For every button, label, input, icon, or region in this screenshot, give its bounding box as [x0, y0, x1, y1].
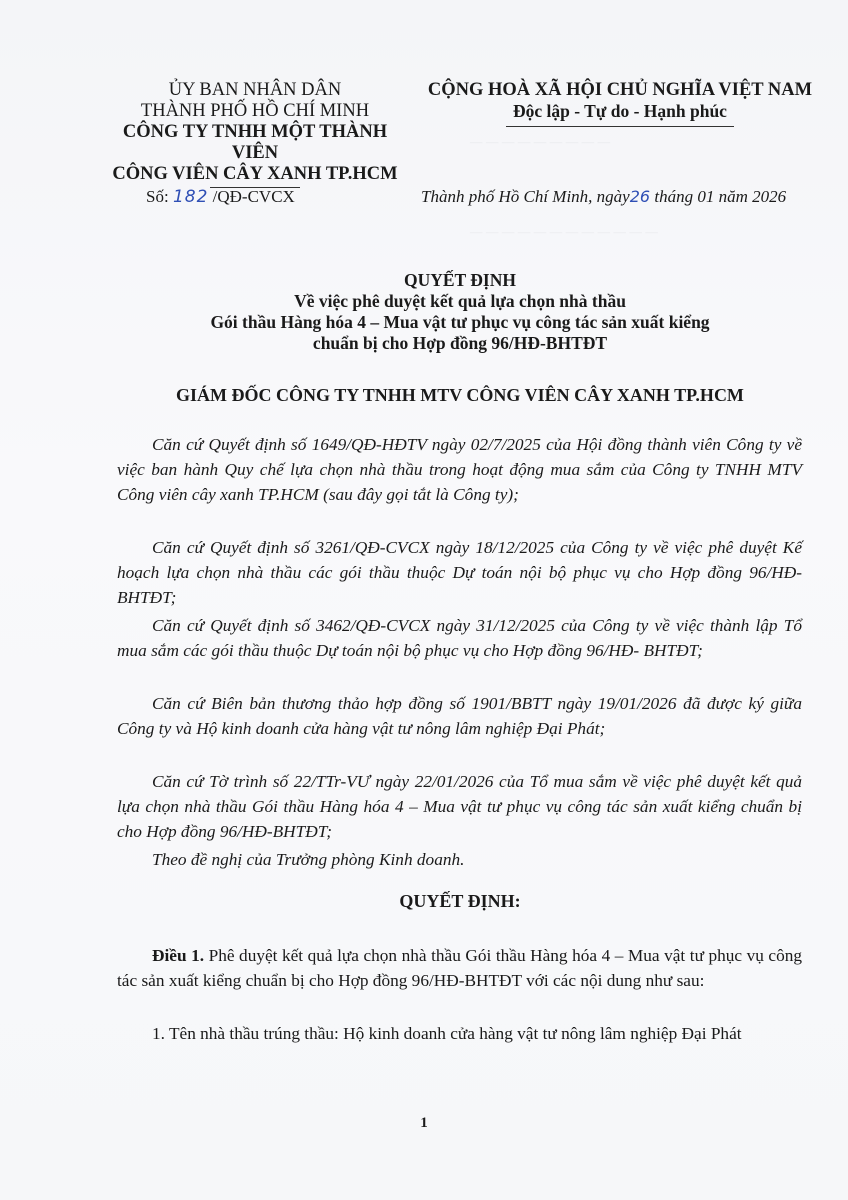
document-page: — — — — — — — — — — — — — — — — — — — — … — [0, 0, 848, 1200]
issuing-authority: GIÁM ĐỐC CÔNG TY TNHH MTV CÔNG VIÊN CÂY … — [100, 384, 820, 406]
preamble-paragraph: Căn cứ Tờ trình số 22/TTr-VƯ ngày 22/01/… — [117, 769, 802, 844]
bleed-through-mark: — — — — — — — — — — — — — [470, 225, 658, 241]
preamble-paragraph: Căn cứ Quyết định số 1649/QĐ-HĐTV ngày 0… — [117, 432, 802, 507]
issuer-line-2: THÀNH PHỐ HỒ CHÍ MINH — [100, 101, 410, 122]
place-date-suffix: tháng 01 năm 2026 — [650, 187, 786, 206]
article-1-label: Điều 1. — [152, 946, 204, 965]
preamble-text: Căn cứ Quyết định số 1649/QĐ-HĐTV ngày 0… — [117, 432, 802, 507]
preamble-paragraph: Căn cứ Quyết định số 3462/QĐ-CVCX ngày 3… — [117, 613, 802, 663]
preamble-text: Theo đề nghị của Trưởng phòng Kinh doanh… — [117, 847, 802, 872]
place-date-prefix: Thành phố Hồ Chí Minh, ngày — [421, 187, 630, 206]
handwritten-number: 182 — [173, 187, 208, 207]
document-number-suffix: /QĐ-CVCX — [208, 187, 294, 206]
preamble-paragraph: Căn cứ Biên bản thương thảo hợp đồng số … — [117, 691, 802, 741]
page-number: 1 — [400, 1115, 448, 1132]
motto-underline — [506, 126, 734, 127]
article-1-text: Phê duyệt kết quả lựa chọn nhà thầu Gói … — [117, 946, 802, 990]
place-date: Thành phố Hồ Chí Minh, ngày26 tháng 01 n… — [421, 186, 786, 208]
document-number: Số: 182 /QĐ-CVCX — [146, 186, 295, 208]
decision-heading: QUYẾT ĐỊNH: — [100, 890, 820, 912]
decision-subject-line-1: Về việc phê duyệt kết quả lựa chọn nhà t… — [100, 291, 820, 312]
issuer-line-3: CÔNG TY TNHH MỘT THÀNH VIÊN — [100, 122, 410, 164]
preamble-paragraph: Căn cứ Quyết định số 3261/QĐ-CVCX ngày 1… — [117, 535, 802, 610]
article-1: Điều 1. Phê duyệt kết quả lựa chọn nhà t… — [117, 943, 802, 993]
preamble-text: Căn cứ Biên bản thương thảo hợp đồng số … — [117, 691, 802, 741]
decision-title-block: QUYẾT ĐỊNH Về việc phê duyệt kết quả lựa… — [100, 270, 820, 354]
preamble-text: Căn cứ Quyết định số 3261/QĐ-CVCX ngày 1… — [117, 535, 802, 610]
article-1-item-1-text: 1. Tên nhà thầu trúng thầu: Hộ kinh doan… — [117, 1021, 802, 1046]
decision-subject-line-2: Gói thầu Hàng hóa 4 – Mua vật tư phục vụ… — [100, 312, 820, 333]
article-1-paragraph: Điều 1. Phê duyệt kết quả lựa chọn nhà t… — [117, 943, 802, 993]
issuer-header: ỦY BAN NHÂN DÂN THÀNH PHỐ HỒ CHÍ MINH CÔ… — [100, 80, 410, 188]
nation-name: CỘNG HOÀ XÃ HỘI CHỦ NGHĨA VIỆT NAM — [420, 80, 820, 101]
document-number-label: Số: — [146, 187, 173, 206]
issuer-line-1: ỦY BAN NHÂN DÂN — [100, 80, 410, 101]
decision-subject-line-3: chuẩn bị cho Hợp đồng 96/HĐ-BHTĐT — [100, 333, 820, 354]
decision-title: QUYẾT ĐỊNH — [100, 270, 820, 291]
national-header: CỘNG HOÀ XÃ HỘI CHỦ NGHĨA VIỆT NAM Độc l… — [420, 80, 820, 127]
preamble-text: Căn cứ Tờ trình số 22/TTr-VƯ ngày 22/01/… — [117, 769, 802, 844]
bleed-through-mark: — — — — — — — — — — [470, 135, 610, 151]
national-motto: Độc lập - Tự do - Hạnh phúc — [420, 101, 820, 122]
article-1-item-1: 1. Tên nhà thầu trúng thầu: Hộ kinh doan… — [117, 1021, 802, 1046]
preamble-paragraph: Theo đề nghị của Trưởng phòng Kinh doanh… — [117, 847, 802, 872]
handwritten-day: 26 — [630, 187, 650, 206]
preamble-text: Căn cứ Quyết định số 3462/QĐ-CVCX ngày 3… — [117, 613, 802, 663]
issuer-line-4: CÔNG VIÊN CÂY XANH TP.HCM — [100, 164, 410, 185]
